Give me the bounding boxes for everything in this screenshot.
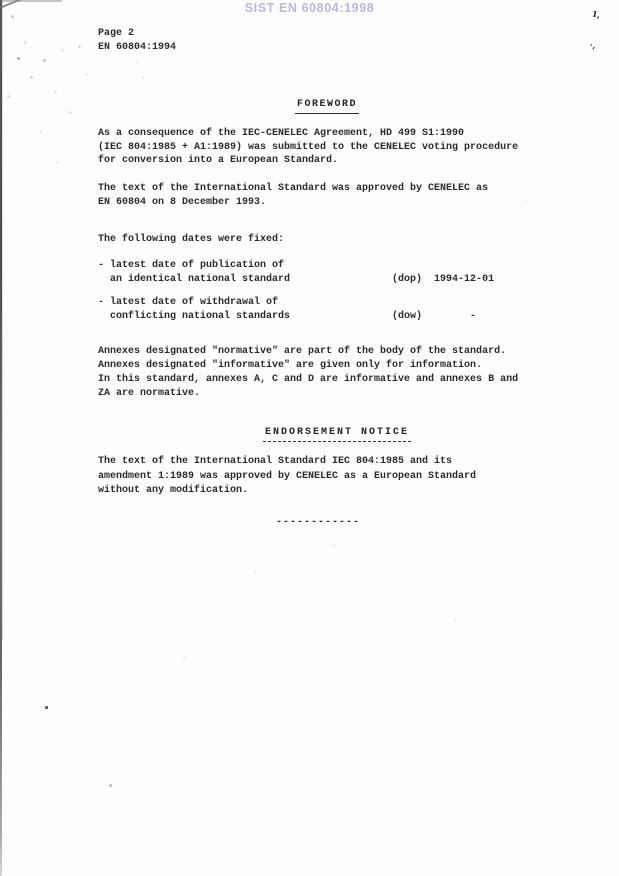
page-header: Page 2 EN 60804:1994 bbox=[98, 27, 176, 55]
date-item-dow: - latest date of withdrawal of conflicti… bbox=[98, 296, 476, 324]
end-divider: ------------ bbox=[89, 517, 547, 529]
endorsement-heading-wrap: ENDORSEMENT NOTICE bbox=[98, 421, 576, 442]
watermark-text: SIST EN 60804:1998 bbox=[0, 1, 619, 15]
dates-fixed-intro: The following dates were fixed: bbox=[98, 233, 284, 247]
scan-edge-line-faint bbox=[2, 0, 3, 640]
date-item-dop: - latest date of publication of an ident… bbox=[98, 259, 494, 287]
scanned-document-page: SIST EN 60804:1998 Page 2 EN 60804:1994 … bbox=[0, 0, 619, 876]
top-edge-smudge bbox=[2, 0, 62, 2]
scan-noise-specks bbox=[0, 0, 1, 1]
foreword-heading-wrap: FOREWORD bbox=[98, 93, 556, 114]
endorsement-paragraph: The text of the International Standard I… bbox=[98, 455, 476, 499]
foreword-paragraph-2: The text of the International Standard w… bbox=[98, 182, 488, 209]
annexes-paragraph: Annexes designated "normative" are part … bbox=[98, 345, 518, 401]
standard-reference: EN 60804:1994 bbox=[98, 42, 176, 53]
foreword-paragraph-1: As a consequence of the IEC-CENELEC Agre… bbox=[98, 127, 518, 168]
margin-pen-mark-lower: ·, bbox=[589, 41, 596, 50]
margin-pen-mark-top: 1, bbox=[591, 9, 601, 19]
page-number-label: Page 2 bbox=[98, 28, 134, 39]
foreword-title: FOREWORD bbox=[295, 99, 359, 114]
endorsement-notice-title: ENDORSEMENT NOTICE bbox=[263, 427, 411, 442]
